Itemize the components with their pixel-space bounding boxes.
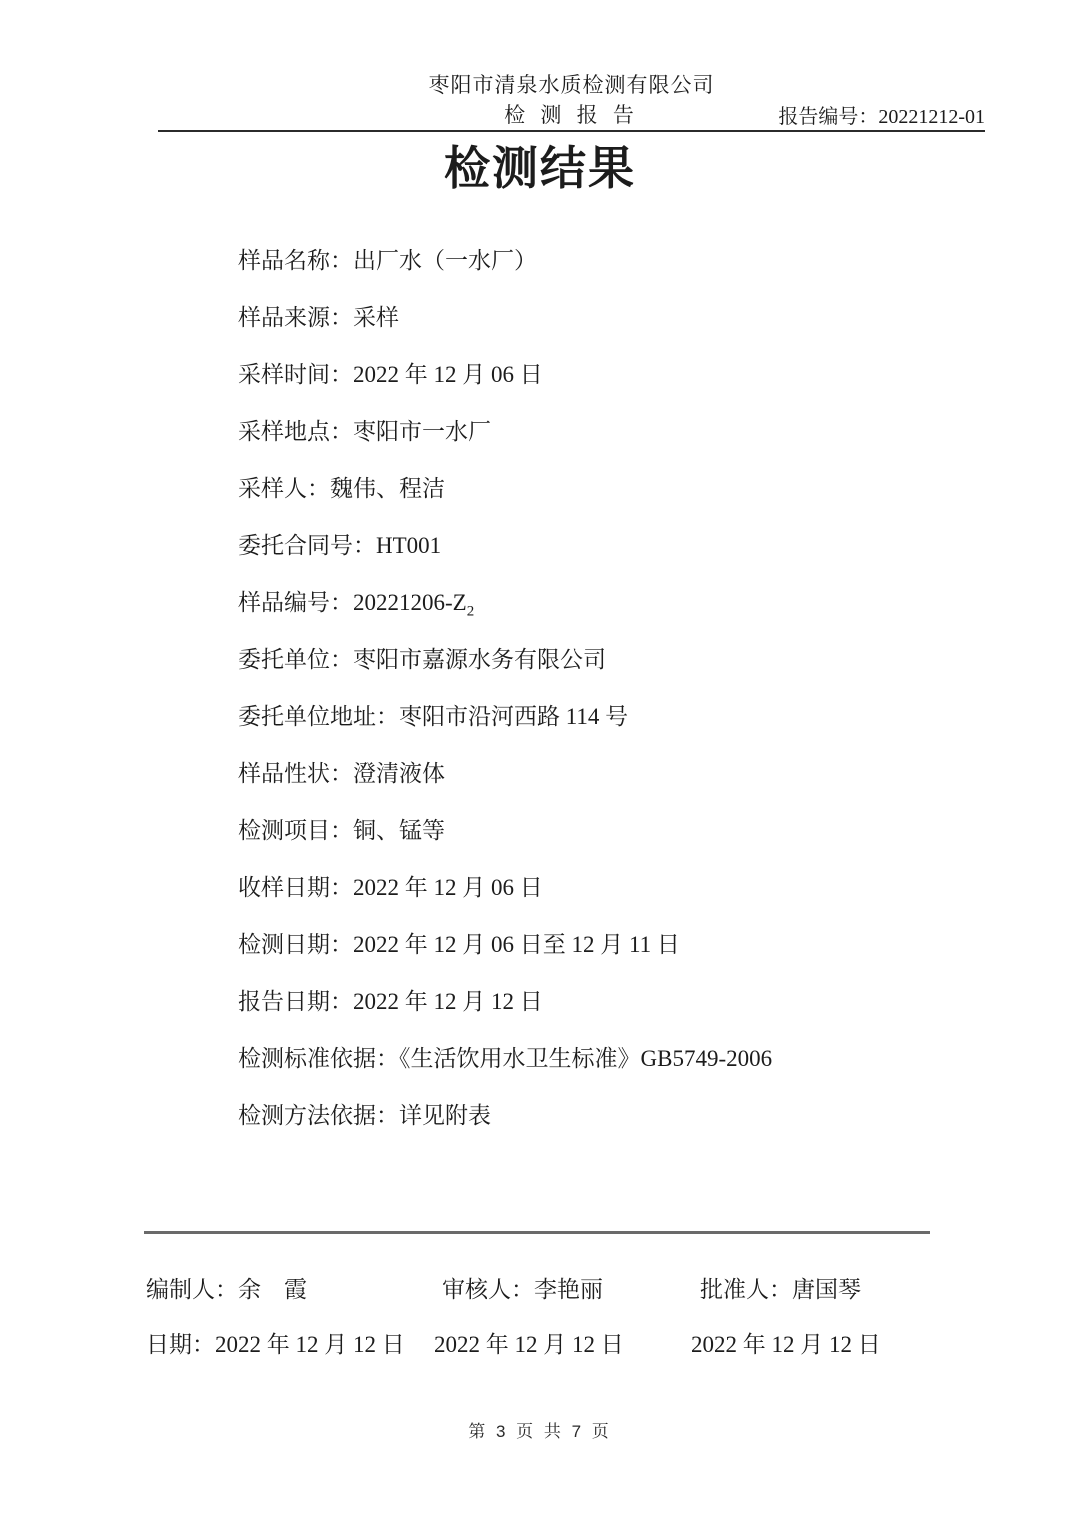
approver-name: 唐国琴 bbox=[792, 1277, 861, 1302]
field-value: 详见附表 bbox=[399, 1103, 491, 1128]
field-value: 2022 年 12 月 06 日至 12 月 11 日 bbox=[353, 932, 680, 957]
reviewer-label: 审核人： bbox=[442, 1277, 534, 1302]
signature-divider bbox=[144, 1231, 930, 1234]
field-label: 检测标准依据： bbox=[238, 1046, 399, 1071]
preparer-date-value: 2022 年 12 月 12 日 bbox=[215, 1332, 405, 1357]
field-value: 2022 年 12 月 06 日 bbox=[353, 875, 543, 900]
preparer-date: 日期：2022 年 12 月 12 日 bbox=[146, 1331, 405, 1359]
field-list: 样品名称：出厂水（一水厂） 样品来源：采样 采样时间：2022 年 12 月 0… bbox=[238, 232, 1080, 1144]
field-label: 委托合同号： bbox=[238, 533, 376, 558]
report-number: 报告编号：20221212-01 bbox=[778, 100, 985, 129]
field-label: 采样地点： bbox=[238, 419, 353, 444]
approver-label: 批准人： bbox=[700, 1277, 792, 1302]
field-value: 魏伟、程洁 bbox=[330, 476, 445, 501]
field-value: HT001 bbox=[376, 533, 441, 558]
field-row-test-items: 检测项目：铜、锰等 bbox=[238, 802, 1080, 859]
field-label: 检测项目： bbox=[238, 818, 353, 843]
date-label: 日期： bbox=[146, 1332, 215, 1357]
field-row-sampler: 采样人：魏伟、程洁 bbox=[238, 460, 1080, 517]
page-number: 第 3 页 共 7 页 bbox=[0, 1417, 1080, 1442]
field-value: 铜、锰等 bbox=[353, 818, 445, 843]
header-rule: 检 测 报 告 报告编号：20221212-01 bbox=[158, 98, 985, 132]
field-label: 委托单位地址： bbox=[238, 704, 399, 729]
field-row-receive-date: 收样日期：2022 年 12 月 06 日 bbox=[238, 859, 1080, 916]
page-title: 检测结果 bbox=[0, 142, 1080, 194]
field-label: 委托单位： bbox=[238, 647, 353, 672]
field-value: 出厂水（一水厂） bbox=[353, 248, 537, 273]
field-value: 澄清液体 bbox=[353, 761, 445, 786]
field-label: 样品性状： bbox=[238, 761, 353, 786]
approver: 批准人：唐国琴 bbox=[700, 1276, 861, 1304]
field-row-sample-name: 样品名称：出厂水（一水厂） bbox=[238, 232, 1080, 289]
report-number-value: 20221212-01 bbox=[878, 106, 985, 128]
reviewer: 审核人：李艳丽 bbox=[442, 1276, 603, 1304]
reviewer-date: 2022 年 12 月 12 日 bbox=[434, 1331, 624, 1359]
field-label: 采样人： bbox=[238, 476, 330, 501]
field-row-sample-source: 样品来源：采样 bbox=[238, 289, 1080, 346]
field-value: 2022 年 12 月 12 日 bbox=[353, 989, 543, 1014]
preparer-name: 余 霞 bbox=[238, 1277, 307, 1302]
field-row-report-date: 报告日期：2022 年 12 月 12 日 bbox=[238, 973, 1080, 1030]
field-row-sample-state: 样品性状：澄清液体 bbox=[238, 745, 1080, 802]
field-label: 报告日期： bbox=[238, 989, 353, 1014]
field-row-method-basis: 检测方法依据：详见附表 bbox=[238, 1087, 1080, 1144]
field-row-sample-no: 样品编号：20221206-Z2 bbox=[238, 574, 1080, 631]
field-value: 2022 年 12 月 06 日 bbox=[353, 362, 543, 387]
company-name: 枣阳市清泉水质检测有限公司 bbox=[158, 72, 985, 98]
field-label: 样品编号： bbox=[238, 590, 353, 615]
field-value: 枣阳市沿河西路 114 号 bbox=[399, 704, 628, 729]
preparer-label: 编制人： bbox=[146, 1277, 238, 1302]
field-label: 样品来源： bbox=[238, 305, 353, 330]
reviewer-name: 李艳丽 bbox=[534, 1277, 603, 1302]
field-value: 枣阳市一水厂 bbox=[353, 419, 491, 444]
sample-no-subscript: 2 bbox=[467, 604, 475, 620]
field-value: 采样 bbox=[353, 305, 399, 330]
field-row-sampling-place: 采样地点：枣阳市一水厂 bbox=[238, 403, 1080, 460]
field-label: 样品名称： bbox=[238, 248, 353, 273]
field-row-sampling-time: 采样时间：2022 年 12 月 06 日 bbox=[238, 346, 1080, 403]
preparer: 编制人：余 霞 bbox=[146, 1276, 307, 1304]
field-label: 检测方法依据： bbox=[238, 1103, 399, 1128]
field-label: 检测日期： bbox=[238, 932, 353, 957]
field-value: 20221206-Z bbox=[353, 590, 467, 615]
report-number-label: 报告编号： bbox=[778, 106, 878, 128]
field-value: 《生活饮用水卫生标准》GB5749-2006 bbox=[399, 1046, 772, 1071]
field-row-test-date: 检测日期：2022 年 12 月 06 日至 12 月 11 日 bbox=[238, 916, 1080, 973]
report-page: 枣阳市清泉水质检测有限公司 检 测 报 告 报告编号：20221212-01 检… bbox=[0, 0, 1080, 1527]
field-row-client: 委托单位：枣阳市嘉源水务有限公司 bbox=[238, 631, 1080, 688]
field-label: 采样时间： bbox=[238, 362, 353, 387]
field-label: 收样日期： bbox=[238, 875, 353, 900]
field-value: 枣阳市嘉源水务有限公司 bbox=[353, 647, 606, 672]
field-row-standard-basis: 检测标准依据：《生活饮用水卫生标准》GB5749-2006 bbox=[238, 1030, 1080, 1087]
field-row-contract-no: 委托合同号：HT001 bbox=[238, 517, 1080, 574]
approver-date: 2022 年 12 月 12 日 bbox=[691, 1331, 881, 1359]
field-row-client-address: 委托单位地址：枣阳市沿河西路 114 号 bbox=[238, 688, 1080, 745]
